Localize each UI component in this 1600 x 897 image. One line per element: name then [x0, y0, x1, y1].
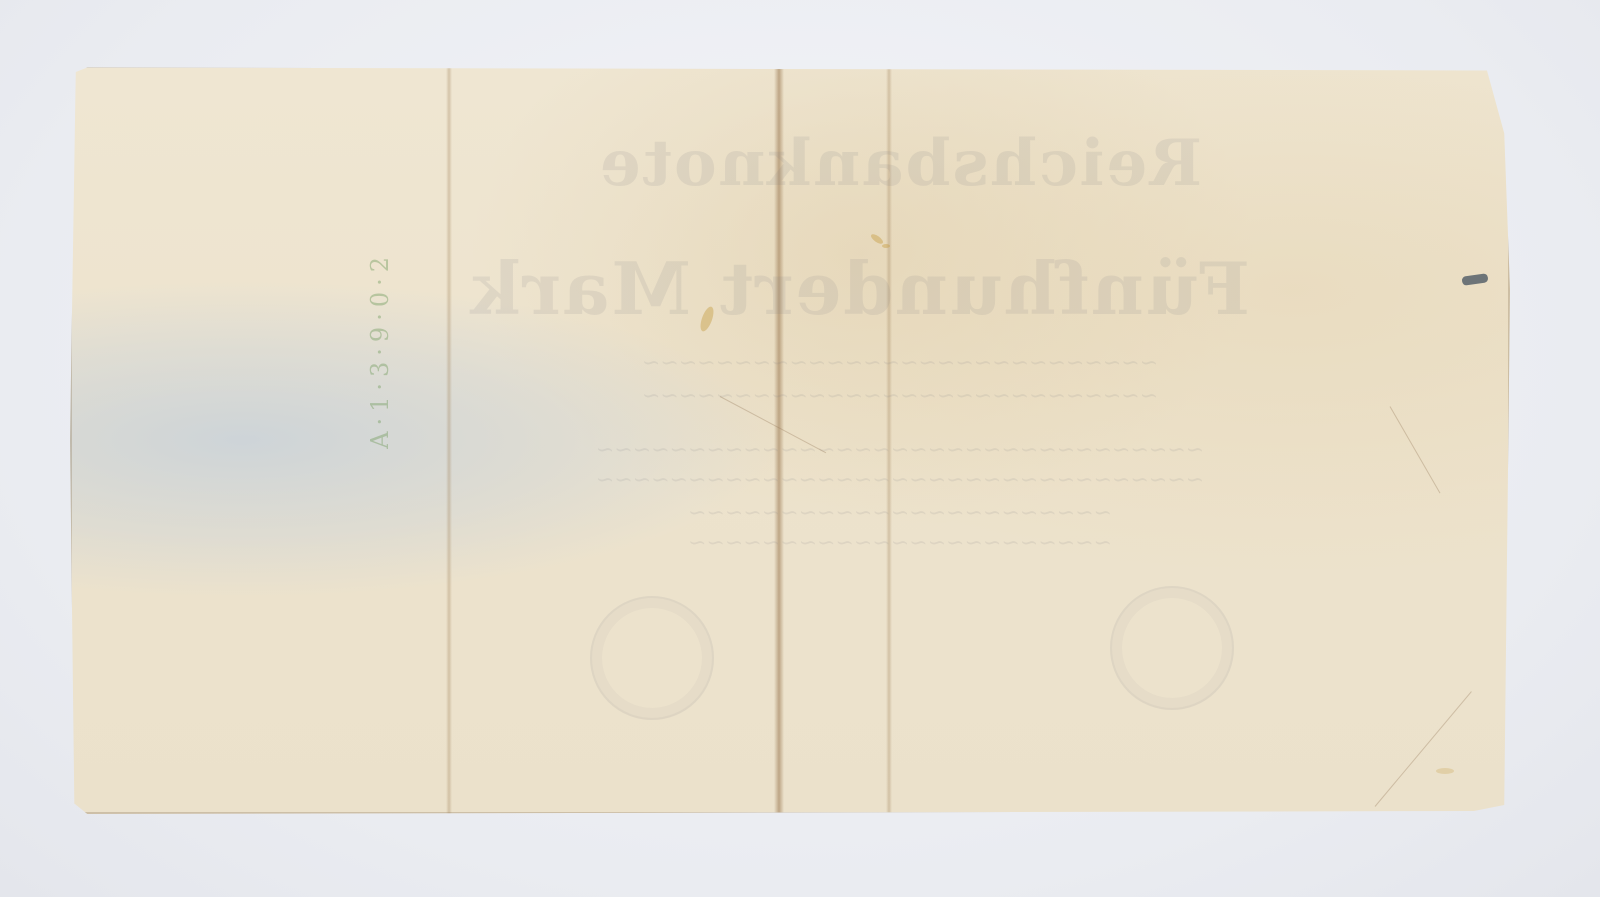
banknote-reverse: Reichsbanknote Fünfhundert Mark ~~~~~~~~…	[70, 66, 1510, 814]
bleed-through-title: Reichsbanknote	[550, 126, 1250, 201]
bleed-through-line-3: ~~~~~~~~~~~~~~~~~~~~~~~~~~~~~~~~~	[530, 438, 1270, 463]
crease	[1390, 406, 1441, 493]
stain	[882, 244, 890, 248]
stain	[1436, 768, 1454, 774]
stain	[870, 233, 885, 246]
bleed-through-seal-left	[590, 596, 714, 720]
bleed-through-serial-number: A·1·3·9·0·2	[362, 251, 392, 449]
fold-line-left	[446, 66, 452, 814]
bleed-through-line-4: ~~~~~~~~~~~~~~~~~~~~~~~~~~~~~~~~~	[530, 468, 1270, 493]
crease	[1375, 691, 1472, 807]
bleed-through-seal-right	[1110, 586, 1234, 710]
bleed-through-line-1: ~~~~~~~~~~~~~~~~~~~~~~~~~~~~	[530, 351, 1270, 376]
bleed-through-denomination: Fünfhundert Mark	[550, 246, 1250, 331]
bleed-through-line-5: ~~~~~~~~~~~~~~~~~~~~~~~	[530, 501, 1270, 526]
bleed-through-line-2: ~~~~~~~~~~~~~~~~~~~~~~~~~~~~	[530, 384, 1270, 409]
ink-mark	[1462, 273, 1489, 286]
bleed-through-line-6: ~~~~~~~~~~~~~~~~~~~~~~~	[530, 531, 1270, 556]
photo-background: Reichsbanknote Fünfhundert Mark ~~~~~~~~…	[0, 0, 1600, 897]
